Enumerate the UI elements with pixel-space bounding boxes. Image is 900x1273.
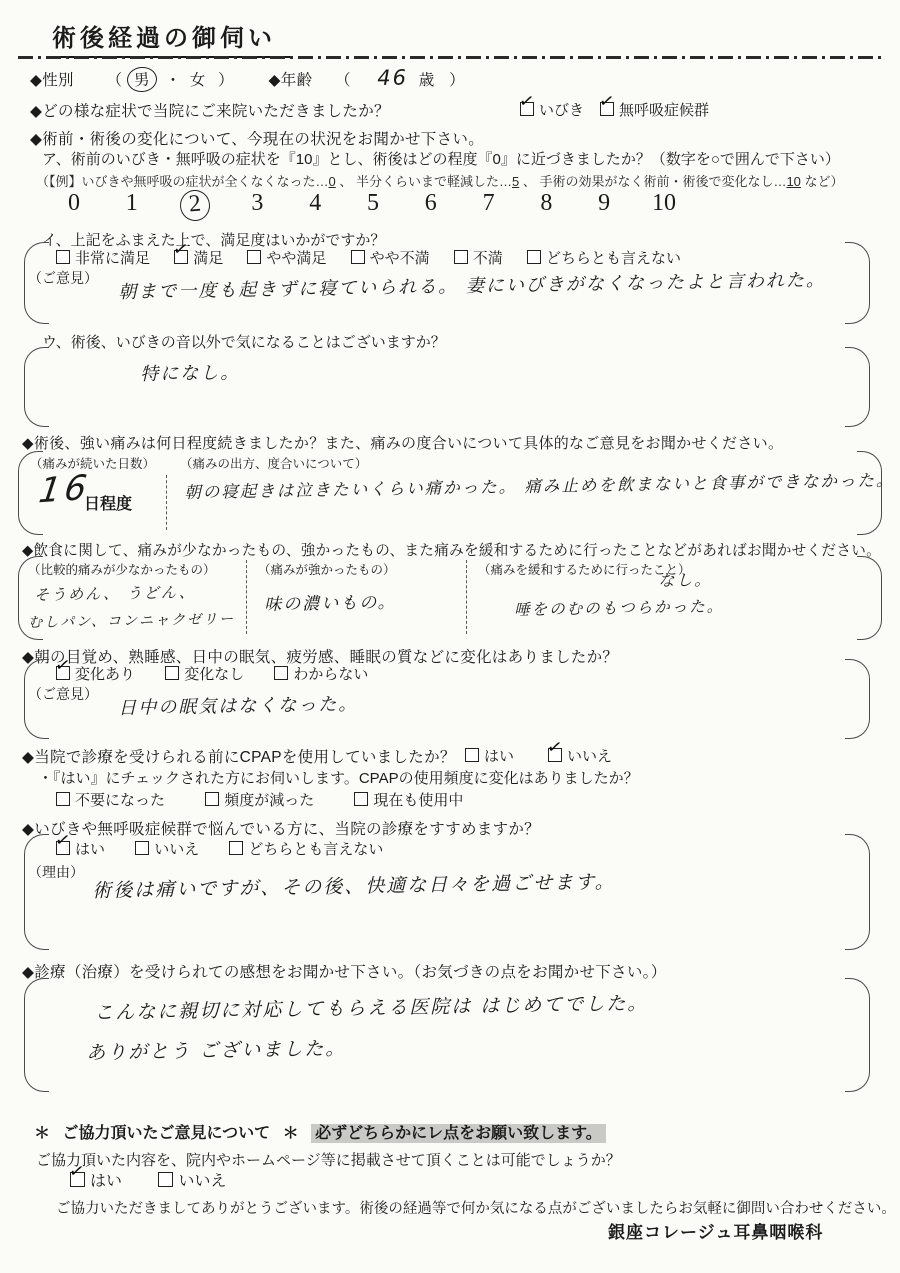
bracket-right	[857, 556, 882, 640]
checkbox[interactable]	[454, 250, 468, 264]
option-label: いいえ	[154, 841, 199, 858]
bracket-right	[857, 451, 882, 535]
change-heading: ◆術前・術後の変化について、今現在の状況をお聞かせ下さい。	[30, 127, 484, 149]
gender-label: ◆性別	[30, 72, 74, 89]
example-text: 、 半分くらいまで軽減した…	[336, 174, 512, 189]
symptom-option-snoring[interactable]: ✓いびき	[520, 99, 584, 120]
paren: ）	[218, 72, 234, 89]
publish-option-no[interactable]: いいえ	[158, 1173, 226, 1190]
option-label: 現在も使用中	[373, 792, 463, 809]
bracket-right	[845, 242, 870, 324]
checkbox-checked[interactable]: ✓	[520, 102, 534, 116]
option-no-change[interactable]: 変化なし	[165, 666, 244, 683]
option-label: どちらとも言えない	[546, 250, 681, 267]
consent-note-highlighted: 必ずどちらかにレ点をお願い致します。	[311, 1124, 606, 1143]
recommend-options: ✓はい いいえ どちらとも言えない	[56, 838, 383, 859]
sleep-comment-handwritten: 日中の眠気はなくなった。	[118, 690, 358, 720]
option-label: はい	[484, 748, 514, 765]
sleep-options: ✓変化あり 変化なし わからない	[56, 663, 368, 684]
option-less-frequent[interactable]: 頻度が減った	[205, 792, 314, 809]
paren: （	[335, 72, 351, 89]
bracket-right	[845, 347, 870, 427]
gender-male-selected[interactable]: 男	[126, 66, 158, 94]
option-unknown[interactable]: わからない	[274, 666, 368, 683]
scale-10[interactable]: 10	[652, 190, 676, 221]
change-sub-a: ア、術前のいびき・無呼吸の症状を『10』とし、術後はどの程度『0』に近づきました…	[42, 148, 840, 169]
option-label: 満足	[193, 250, 223, 267]
option-dissatisfied[interactable]: 不満	[454, 250, 503, 267]
age-unit: 歳	[419, 72, 435, 89]
check-mark: ✓	[54, 831, 72, 851]
option-label: 頻度が減った	[224, 792, 314, 809]
symptoms-question: ◆どの様な症状で当院にご来院いただきましたか？	[30, 99, 390, 121]
column-divider	[166, 475, 167, 530]
option-label: いびき	[539, 102, 584, 119]
age-value-handwritten: 46	[377, 65, 408, 90]
age-label: ◆年齢	[269, 72, 313, 89]
check-mark: ✓	[518, 92, 536, 112]
eating-relief-line1-handwritten: なし。	[658, 567, 712, 591]
cpap-question: ◆当院で診療を受けられる前にCPAPを使用していましたか？	[22, 745, 456, 767]
checkbox[interactable]	[56, 250, 70, 264]
scale-9[interactable]: 9	[594, 190, 614, 221]
bracket-right	[845, 834, 870, 950]
comment-label: （ご意見）	[28, 684, 98, 704]
pain-detail-handwritten: 朝の寝起きは泣きたいくらい痛かった。 痛み止めを飲まないと食事ができなかった。	[184, 467, 895, 503]
impressions-line2-handwritten: ありがとう ございました。	[86, 1033, 346, 1065]
bracket-right	[845, 978, 870, 1092]
option-no[interactable]: いいえ	[135, 841, 199, 858]
example-text: （【例】いびきや無呼吸の症状が全くなくなった…	[36, 174, 329, 189]
eating-less-pain-line2-handwritten: むしパン、コンニャクゼリー	[28, 608, 235, 632]
option-label: 変化なし	[184, 666, 244, 683]
thanks-note: ご協力いただきましてありがとうございます。術後の経過等で何か気になる点がございま…	[56, 1197, 896, 1218]
option-label: やや不満	[370, 250, 430, 267]
check-mark: ✓	[546, 738, 564, 758]
gender-female[interactable]: 女	[190, 72, 206, 89]
option-label: いいえ	[178, 1173, 226, 1190]
consent-note: ＊ ご協力頂いたご意見について ＊ 必ずどちらかにレ点をお願い致します。	[34, 1120, 606, 1143]
eating-box: （比較的痛みが少なかったもの） （痛みが強かったもの） （痛みを緩和するために行…	[18, 556, 882, 640]
option-label: 非常に満足	[75, 250, 150, 267]
pain-box: （痛みが続いた日数） （痛みの出方、度合いについて） 16 日程度 朝の寝起きは…	[18, 451, 882, 535]
scale-8[interactable]: 8	[536, 190, 556, 221]
other-concerns-answer-handwritten: 特になし。	[140, 358, 240, 386]
checkbox[interactable]	[56, 792, 70, 806]
checkbox[interactable]	[205, 792, 219, 806]
scale-3[interactable]: 3	[247, 190, 267, 221]
cpap-followup-note: ・『はい』にチェックされた方にお伺いします。CPAPの使用頻度に変化はありました…	[38, 767, 639, 788]
bracket-left	[24, 834, 49, 950]
publish-option-yes[interactable]: ✓はい	[70, 1173, 122, 1190]
scale-2-circled[interactable]: 2	[178, 189, 211, 222]
checkbox[interactable]	[527, 250, 541, 264]
checkbox[interactable]	[351, 250, 365, 264]
option-changed[interactable]: ✓変化あり	[56, 666, 135, 683]
satisfaction-options: 非常に満足 ✓満足 やや満足 やや不満 不満 どちらとも言えない	[56, 247, 681, 268]
example-text: 、 手術の効果がなく術前・術後で変化なし…	[519, 174, 786, 189]
option-label: はい	[75, 841, 105, 858]
option-label: 不満	[473, 250, 503, 267]
option-label: 不要になった	[75, 792, 165, 809]
publish-options: ✓はい いいえ	[70, 1168, 226, 1191]
option-still-using[interactable]: 現在も使用中	[354, 792, 463, 809]
reason-label: （理由）	[28, 862, 84, 882]
eating-strong-pain-label: （痛みが強かったもの）	[258, 560, 396, 578]
cpap-option-yes[interactable]: はい	[465, 745, 514, 766]
symptom-option-apnea[interactable]: ✓無呼吸症候群	[600, 99, 709, 120]
page-title: 術後経過の御伺い	[50, 18, 290, 58]
example-text: など）	[801, 174, 844, 189]
option-label: いいえ	[567, 748, 612, 765]
consent-note-title: ご協力頂いたご意見について	[62, 1125, 270, 1142]
checkbox[interactable]	[135, 841, 149, 855]
bracket-left	[24, 978, 49, 1092]
checkbox[interactable]	[247, 250, 261, 264]
eating-strong-pain-handwritten: 味の濃いもの。	[264, 588, 397, 615]
scale-0[interactable]: 0	[64, 190, 84, 221]
option-label: 変化あり	[75, 666, 135, 683]
checkbox-checked[interactable]: ✓	[548, 748, 562, 762]
scale-6[interactable]: 6	[421, 190, 441, 221]
example-value-0: 0	[329, 174, 336, 189]
scale-5[interactable]: 5	[363, 190, 383, 221]
checkbox-checked[interactable]: ✓	[56, 666, 70, 680]
gender-section: ◆性別 （ 男 ・ 女 ） ◆年齢 （ 46 歳 ）	[30, 66, 465, 92]
option-label: わからない	[293, 666, 368, 683]
checkbox[interactable]	[229, 841, 243, 855]
checkbox-checked[interactable]: ✓	[56, 841, 70, 855]
option-somewhat-dissatisfied[interactable]: やや不満	[351, 250, 430, 267]
pain-scale: 0 1 2 3 4 5 6 7 8 9 10	[64, 190, 676, 221]
change-example: （【例】いびきや無呼吸の症状が全くなくなった…0 、 半分くらいまで軽減した…5…	[36, 171, 844, 190]
pain-detail-label: （痛みの出方、度合いについて）	[180, 454, 367, 472]
paren: ）	[449, 72, 465, 89]
option-no-longer-needed[interactable]: 不要になった	[56, 792, 165, 809]
option-label: やや満足	[266, 250, 326, 267]
eating-relief-line2-handwritten: 唾をのむのもつらかった。	[514, 594, 724, 620]
checkbox[interactable]	[165, 666, 179, 680]
check-mark: ✓	[172, 240, 190, 260]
cpap-frequency-options: 不要になった 頻度が減った 現在も使用中	[56, 789, 463, 810]
option-neither[interactable]: どちらとも言えない	[229, 841, 383, 858]
option-very-satisfied[interactable]: 非常に満足	[56, 250, 150, 267]
option-label: 無呼吸症候群	[619, 102, 709, 119]
scale-7[interactable]: 7	[479, 190, 499, 221]
option-yes[interactable]: ✓はい	[56, 841, 105, 858]
check-mark: ✓	[68, 1162, 86, 1182]
checkbox[interactable]	[354, 792, 368, 806]
bracket-left	[24, 347, 49, 427]
option-label: どちらとも言えない	[248, 841, 383, 858]
cpap-option-no[interactable]: ✓いいえ	[548, 745, 612, 766]
option-satisfied[interactable]: ✓満足	[174, 250, 223, 267]
checkbox[interactable]	[465, 748, 479, 762]
option-neither[interactable]: どちらとも言えない	[527, 250, 681, 267]
publish-question: ご協力頂いた内容を、院内やホームページ等に掲載させて頂くことは可能でしょうか？	[36, 1149, 621, 1170]
separator: ・	[165, 72, 181, 89]
scale-1[interactable]: 1	[122, 190, 142, 221]
eating-less-pain-line1-handwritten: そうめん、 うどん、	[34, 581, 196, 605]
asterisk: ＊	[34, 1125, 50, 1142]
option-label: はい	[90, 1173, 122, 1190]
scale-4[interactable]: 4	[305, 190, 325, 221]
eating-less-pain-label: （比較的痛みが少なかったもの）	[28, 560, 216, 578]
asterisk: ＊	[283, 1125, 299, 1142]
checkbox-checked[interactable]: ✓	[70, 1172, 85, 1187]
option-somewhat-satisfied[interactable]: やや満足	[247, 250, 326, 267]
clinic-name: 銀座コレージュ耳鼻咽喉科	[608, 1218, 823, 1243]
bracket-right	[845, 659, 870, 739]
checkbox[interactable]	[274, 666, 288, 680]
pain-days-unit: 日程度	[84, 491, 132, 514]
column-divider	[466, 560, 467, 634]
check-mark: ✓	[54, 656, 72, 676]
column-divider	[246, 560, 247, 634]
paren: （	[106, 72, 122, 89]
dash-dot-divider	[18, 56, 882, 59]
checkbox[interactable]	[158, 1172, 173, 1187]
check-mark: ✓	[598, 92, 616, 112]
checkbox-checked[interactable]: ✓	[174, 250, 188, 264]
example-value-10: 10	[786, 174, 800, 189]
comment-label: （ご意見）	[28, 268, 98, 288]
pain-heading: ◆術後、強い痛みは何日程度続きましたか？また、痛みの度合いについて具体的なご意見…	[22, 432, 783, 453]
checkbox-checked[interactable]: ✓	[600, 102, 614, 116]
